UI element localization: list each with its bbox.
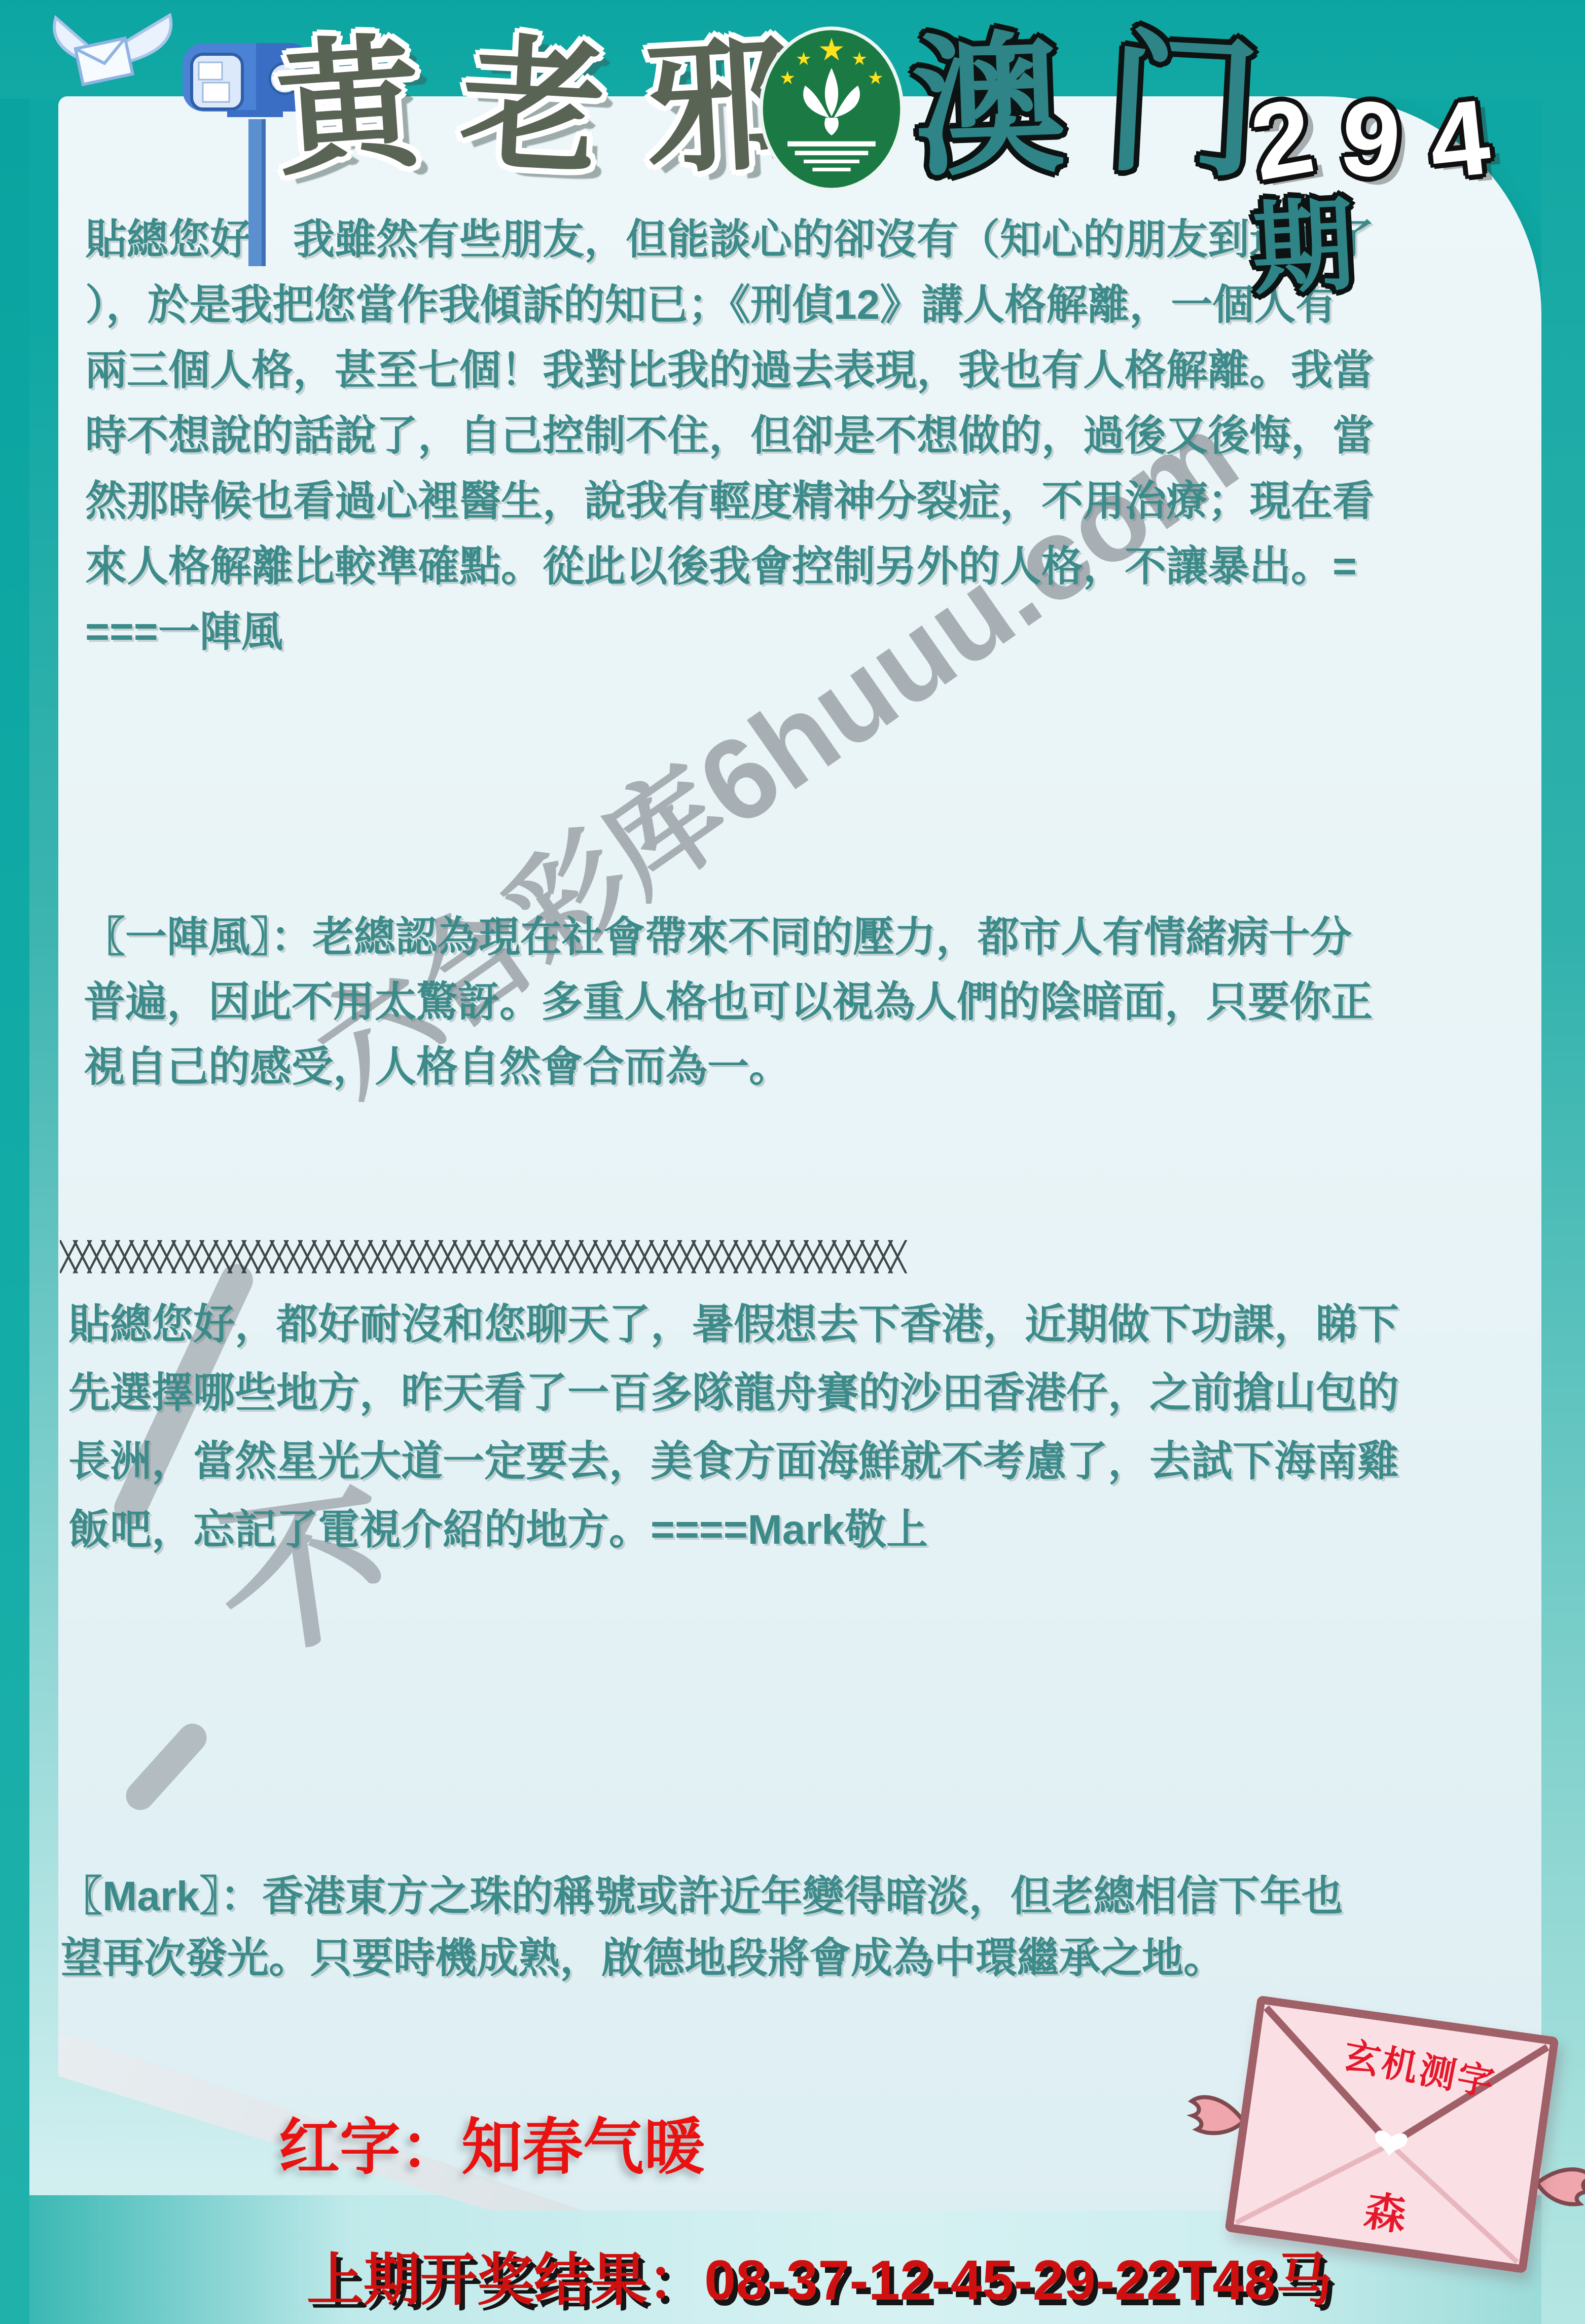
issue-suffix: 期: [1250, 195, 1356, 301]
logo-char: 黄: [271, 30, 425, 185]
region-title: 澳 门: [913, 30, 1259, 183]
letter-line: ），於是我把您當作我傾訴的知已；《刑偵12》講人格解離，一個人有: [85, 272, 1374, 338]
letter-line: 先選擇哪些地方，昨天看了一百多隊龍舟賽的沙田香港仔，之前搶山包的: [68, 1359, 1399, 1427]
reply-line: 〖一陣風〗：老總認為現在社會帶來不同的壓力，都市人有情緒病十分: [84, 905, 1373, 970]
letter-line: 時不想說的話說了，自己控制不住，但卻是不想做的，過後又後悔，當: [85, 403, 1374, 468]
issue-digit: 9: [1336, 83, 1406, 195]
region-char: 澳: [910, 28, 1067, 185]
winged-envelope-icon: [20, 5, 188, 91]
letter-line: 貼總您好，都好耐沒和您聊天了，暑假想去下香港，近期做下功課，睇下: [68, 1290, 1399, 1359]
issue-digit: 4: [1425, 83, 1495, 195]
reply-1: 〖一陣風〗：老總認為現在社會帶來不同的壓力，都市人有情緒病十分 普遍，因此不用太…: [84, 905, 1373, 1100]
issue-number: 2 9 4 期: [1252, 86, 1585, 299]
reply-line: 〖Mark〗：香港東方之珠的稱號或許近年變得暗淡，但老總相信下年也: [61, 1866, 1343, 1928]
letter-line: 然那時候也看過心裡醫生，說我有輕度精神分裂症，不用治療；現在看: [85, 468, 1374, 534]
reply-2: 〖Mark〗：香港東方之珠的稱號或許近年變得暗淡，但老總相信下年也 望再次發光。…: [61, 1866, 1343, 1989]
red-word-hint: 红字：知春气暖: [279, 2099, 705, 2186]
left-border: [0, 0, 29, 2324]
letter-line: ===一陣風: [85, 599, 1374, 665]
site-logo: 黄 老 邪: [276, 35, 790, 180]
letter-line: 兩三個人格，甚至七個！我對比我的過去表現，我也有人格解離。我當: [85, 338, 1374, 403]
issue-digit: 2: [1244, 82, 1320, 197]
flyer-page: 六合彩库6huuu.com 不 @ 黄 老 邪: [0, 0, 1585, 2324]
envelope-seal: 森: [1361, 2178, 1411, 2242]
right-border: [1541, 0, 1585, 2324]
macau-emblem-icon: [758, 25, 905, 193]
letter-line: 來人格解離比較準確點。從此以後我會控制另外的人格，不讓暴出。=: [85, 534, 1374, 599]
letter-line: 長洲，當然星光大道一定要去，美食方面海鮮就不考慮了，去試下海南雞: [68, 1427, 1399, 1496]
mystery-envelope-icon: 玄机测字 森: [1224, 1995, 1559, 2274]
letter-2: 貼總您好，都好耐沒和您聊天了，暑假想去下香港，近期做下功課，睇下 先選擇哪些地方…: [68, 1290, 1399, 1564]
reply-line: 望再次發光。只要時機成熟，啟德地段將會成為中環繼承之地。: [61, 1928, 1343, 1989]
reply-line: 視自己的感受，人格自然會合而為一。: [84, 1035, 1373, 1100]
region-char: 门: [1103, 26, 1263, 186]
reply-line: 普遍，因此不用太驚訝。多重人格也可以視為人們的陰暗面，只要你正: [84, 970, 1373, 1035]
logo-char: 老: [457, 32, 609, 184]
last-draw-result: 上期开奖结果：08-37-12-45-29-22T48马: [307, 2235, 1332, 2316]
letter-line: 飯吧，忘記了電視介紹的地方。====Mark敬上: [68, 1496, 1399, 1564]
chain-divider: ╳╳╳╳╳╳╳╳╳╳╳╳╳╳╳╳╳╳╳╳╳╳╳╳╳╳╳╳╳╳╳╳╳╳╳╳╳╳╳╳…: [60, 1240, 1538, 1274]
